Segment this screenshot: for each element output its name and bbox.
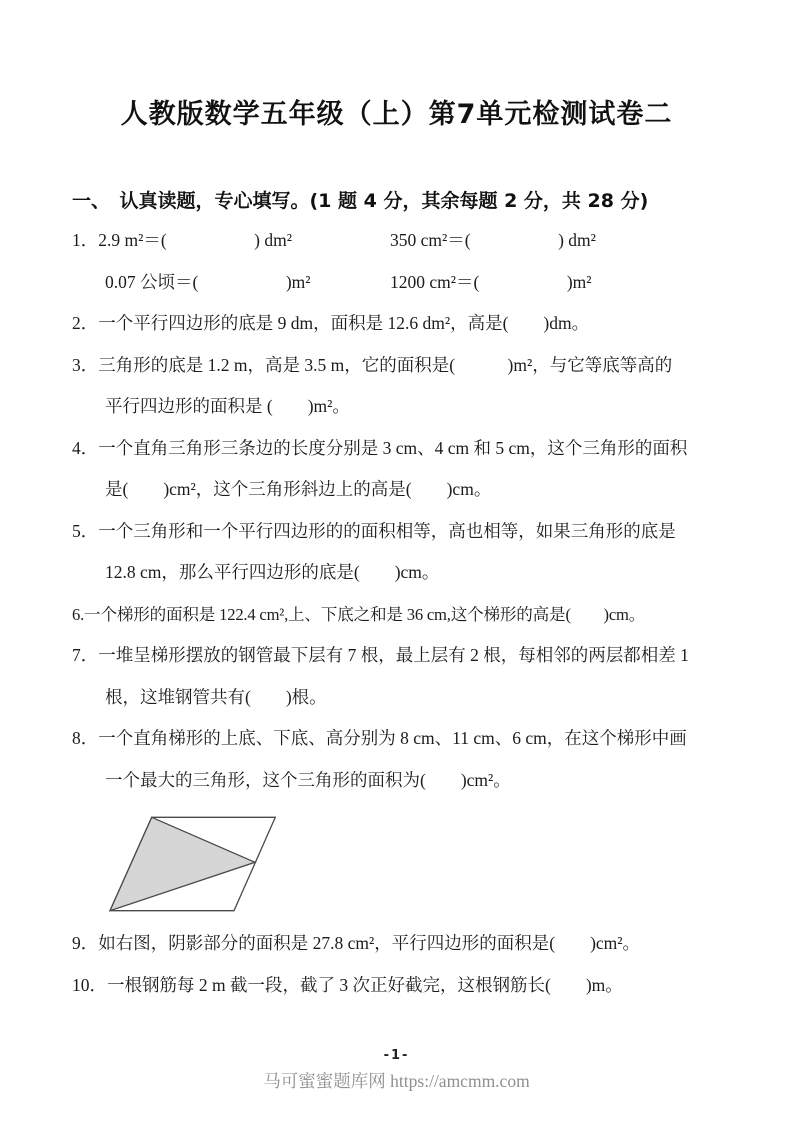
question-3-line-2: 平行四边形的面积是 ( )m²。 [105, 386, 753, 428]
question-1-blank-a: 1．2.9 m²＝( ) dm² [72, 220, 390, 262]
question-7-line-1: 7．一堆呈梯形摆放的钢管最下层有 7 根，最上层有 2 根，每相邻的两层都相差 … [72, 635, 753, 677]
questions-list: 1．2.9 m²＝( ) dm² 350 cm²＝( ) dm² 0.07 公顷… [72, 220, 753, 1006]
question-7-line-2: 根，这堆钢管共有( )根。 [105, 677, 753, 719]
footer-site-link: 马可蜜蜜题库网 https://amcmm.com [0, 1068, 793, 1093]
parallelogram-diagram [100, 807, 290, 919]
question-6: 6.一个梯形的面积是 122.4 cm²,上、下底之和是 36 cm,这个梯形的… [72, 594, 753, 636]
page-number: -1- [0, 1048, 793, 1063]
question-1-blank-c: 0.07 公顷＝( )m² [105, 262, 390, 304]
question-2: 2．一个平行四边形的底是 9 dm，面积是 12.6 dm²，高是( )dm。 [72, 303, 753, 345]
test-paper-page: 人教版数学五年级（上）第7单元检测试卷二 一、 认真读题，专心填写。(1 题 4… [0, 0, 793, 1122]
question-3-line-1: 3．三角形的底是 1.2 m，高是 3.5 m，它的面积是( )m²，与它等底等… [72, 345, 753, 387]
question-5-line-1: 5．一个三角形和一个平行四边形的的面积相等，高也相等，如果三角形的底是 [72, 511, 753, 553]
page-title: 人教版数学五年级（上）第7单元检测试卷二 [0, 96, 793, 134]
question-8-line-1: 8．一个直角梯形的上底、下底、高分别为 8 cm、11 cm、6 cm，在这个梯… [72, 718, 753, 760]
question-10: 10．一根钢筋每 2 m 截一段，截了 3 次正好截完，这根钢筋长( )m。 [72, 965, 753, 1007]
question-1-row-1: 1．2.9 m²＝( ) dm² 350 cm²＝( ) dm² [72, 220, 753, 262]
question-1-row-2: 0.07 公顷＝( )m² 1200 cm²＝( )m² [105, 262, 753, 304]
question-4-line-2: 是( )cm²，这个三角形斜边上的高是( )cm。 [105, 469, 753, 511]
question-8-line-2: 一个最大的三角形，这个三角形的面积为( )cm²。 [105, 760, 753, 802]
section-1-heading: 一、 认真读题，专心填写。(1 题 4 分，其余每题 2 分，共 28 分) [72, 188, 733, 214]
question-1-blank-d: 1200 cm²＝( )m² [390, 262, 592, 304]
question-9: 9．如右图，阴影部分的面积是 27.8 cm²，平行四边形的面积是( )cm²。 [72, 923, 753, 965]
question-5-line-2: 12.8 cm，那么平行四边形的底是( )cm。 [105, 552, 753, 594]
question-1-blank-b: 350 cm²＝( ) dm² [390, 220, 596, 262]
question-9-figure [100, 807, 753, 919]
question-4-line-1: 4．一个直角三角形三条边的长度分别是 3 cm、4 cm 和 5 cm，这个三角… [72, 428, 753, 470]
